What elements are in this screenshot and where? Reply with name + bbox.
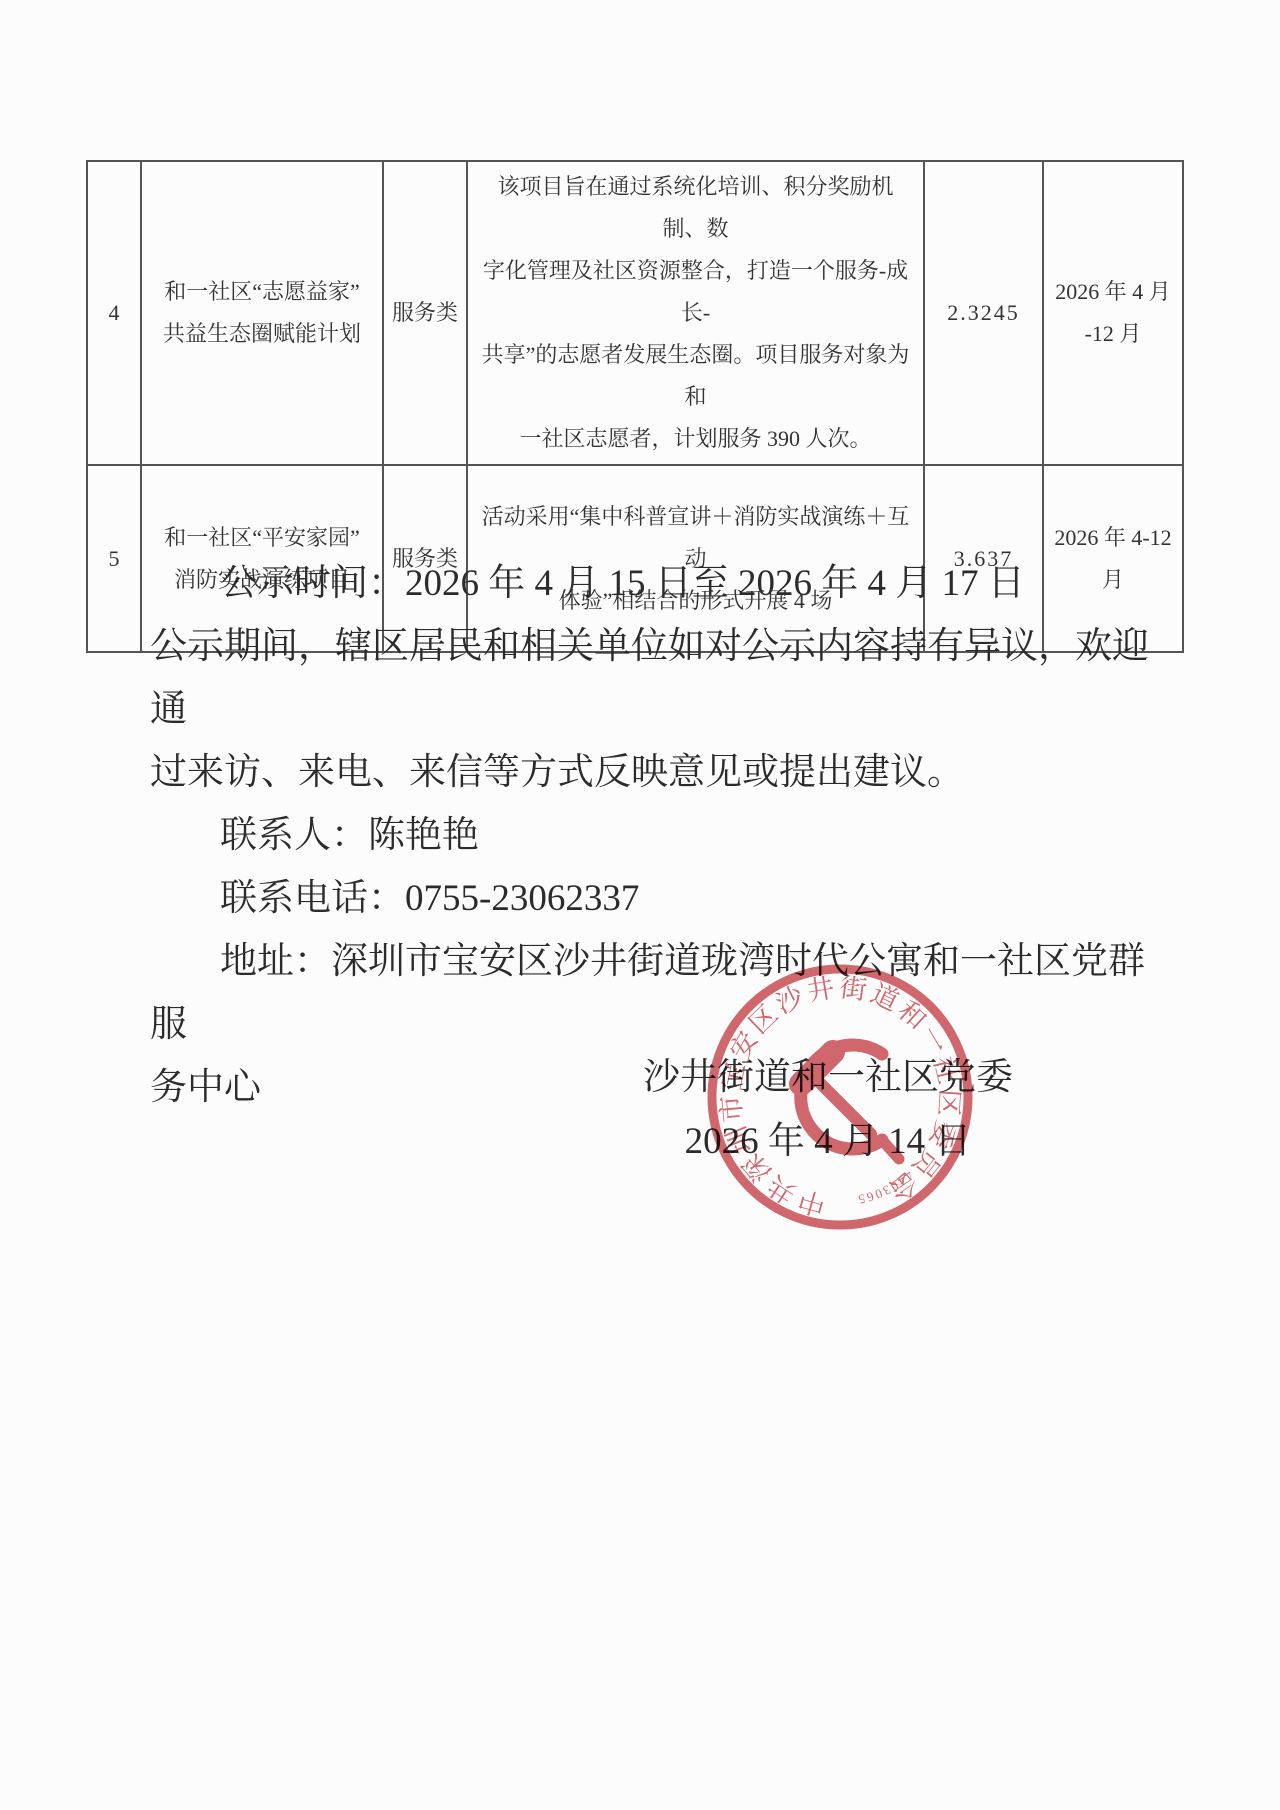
contact-phone-line: 联系电话：0755-23062337 — [150, 867, 1164, 930]
project-name: 和一社区“志愿益家” 共益生态圈赋能计划 — [141, 161, 383, 465]
project-period: 2026 年 4 月 -12 月 — [1043, 161, 1183, 465]
project-amount: 2.3245 — [924, 161, 1043, 465]
project-category: 服务类 — [383, 161, 467, 465]
row-index: 5 — [87, 465, 141, 652]
publicity-time-line: 公示时间：2026 年 4 月 15 日至 2026 年 4 月 17 日 — [150, 552, 1164, 615]
project-description: 该项目旨在通过系统化培训、积分奖励机制、数 字化管理及社区资源整合，打造一个服务… — [467, 161, 924, 465]
signature-block: 沙井街道和一社区党委 2026 年 4 月 14 日 — [598, 1046, 1058, 1174]
signature-date: 2026 年 4 月 14 日 — [598, 1110, 1058, 1174]
objection-paragraph-line1: 公示期间，辖区居民和相关单位如对公示内容持有异议，欢迎通 — [150, 615, 1164, 741]
objection-paragraph-line2: 过来访、来电、来信等方式反映意见或提出建议。 — [150, 741, 1164, 804]
document-page: 4 和一社区“志愿益家” 共益生态圈赋能计划 服务类 该项目旨在通过系统化培训、… — [0, 0, 1280, 1810]
table-row: 4 和一社区“志愿益家” 共益生态圈赋能计划 服务类 该项目旨在通过系统化培训、… — [87, 161, 1183, 465]
notice-body: 公示时间：2026 年 4 月 15 日至 2026 年 4 月 17 日 公示… — [150, 552, 1164, 1119]
contact-person-line: 联系人：陈艳艳 — [150, 804, 1164, 867]
row-index: 4 — [87, 161, 141, 465]
signature-org: 沙井街道和一社区党委 — [598, 1046, 1058, 1110]
